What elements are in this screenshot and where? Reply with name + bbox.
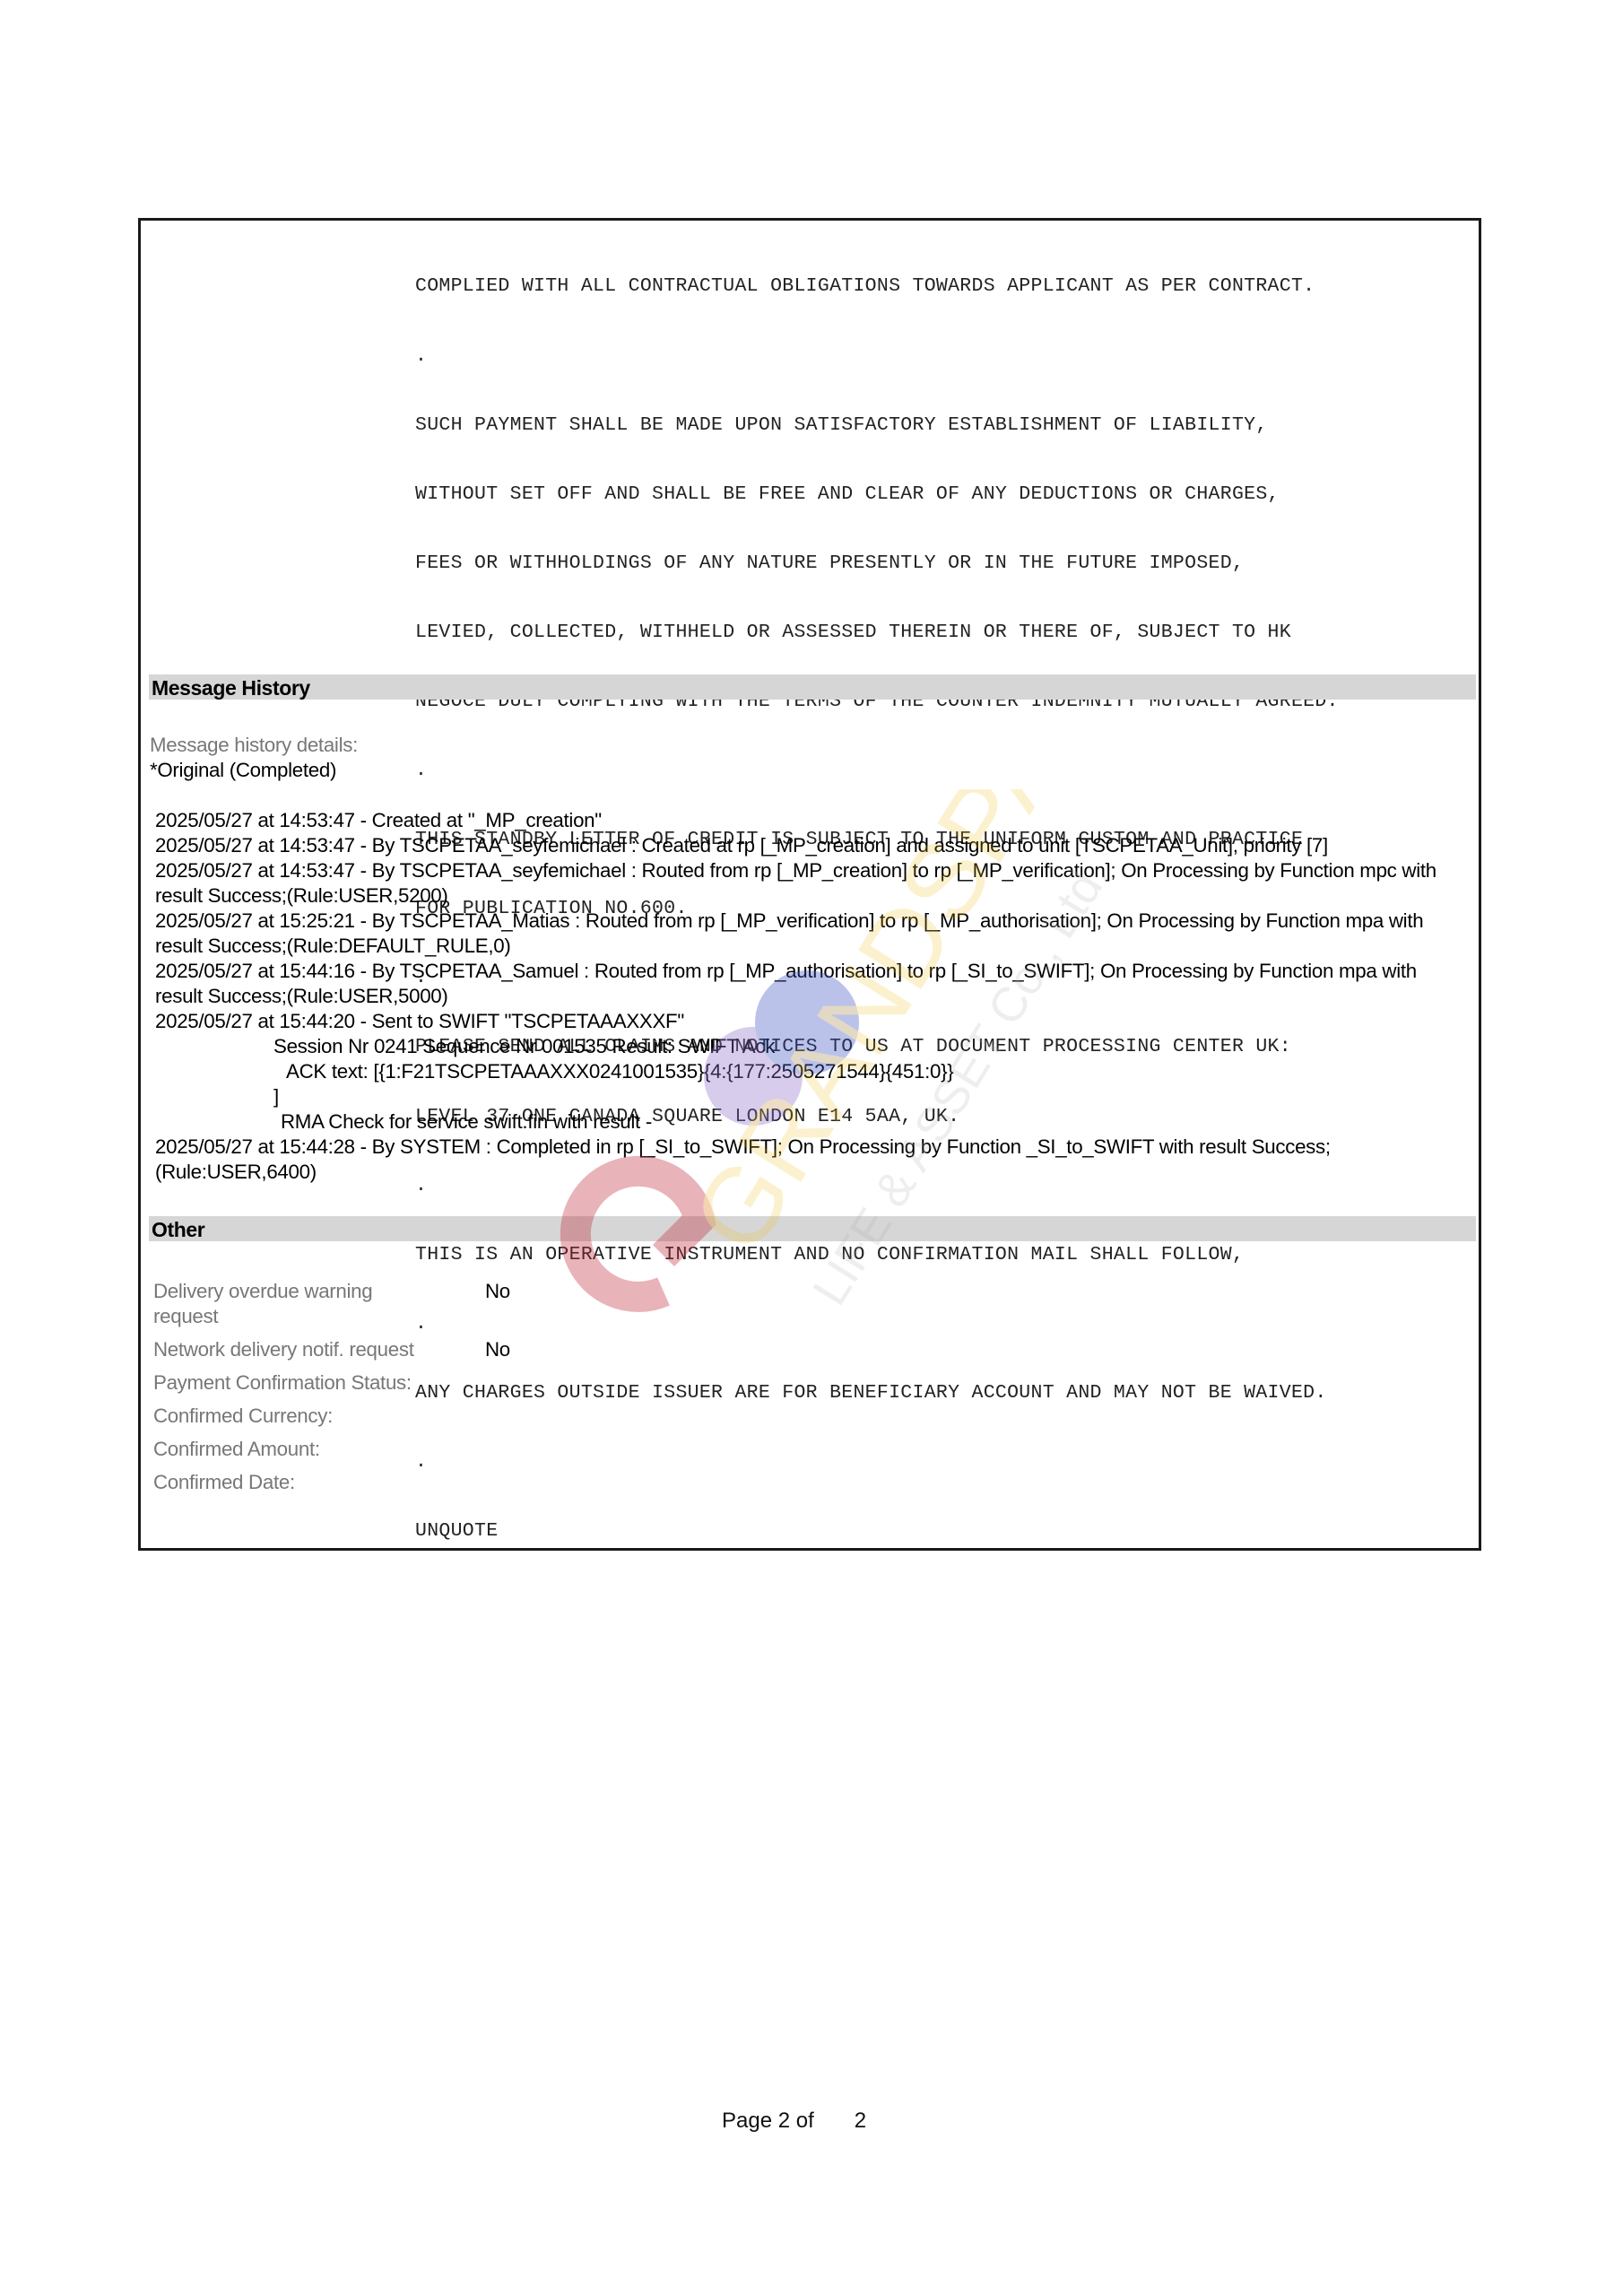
confirmed-amount-label: Confirmed Amount: (153, 1437, 485, 1462)
lc-text-line: UNQUOTE (415, 1520, 1473, 1544)
lc-text-line: LEVIED, COLLECTED, WITHHELD OR ASSESSED … (415, 622, 1473, 645)
lc-text-line: SUCH PAYMENT SHALL BE MADE UPON SATISFAC… (415, 414, 1473, 438)
history-entry: 2025/05/27 at 14:53:47 - Created at "_MP… (150, 808, 1468, 833)
history-entry: 2025/05/27 at 15:25:21 - By TSCPETAA_Mat… (150, 909, 1468, 959)
confirmed-date-label: Confirmed Date: (153, 1470, 485, 1495)
delivery-overdue-label: Delivery overdue warning request (153, 1279, 485, 1329)
other-row-network-delivery: Network delivery notif. request No (153, 1337, 510, 1362)
other-details: Delivery overdue warning request No Netw… (153, 1279, 510, 1503)
other-row-confirmed-currency: Confirmed Currency: (153, 1404, 510, 1429)
other-row-confirmed-date: Confirmed Date: (153, 1470, 510, 1495)
confirmed-currency-label: Confirmed Currency: (153, 1404, 485, 1429)
other-row-payment-confirmation: Payment Confirmation Status: (153, 1370, 510, 1396)
lc-text-line: . (415, 1451, 1473, 1474)
other-row-confirmed-amount: Confirmed Amount: (153, 1437, 510, 1462)
lc-text-line: FEES OR WITHHOLDINGS OF ANY NATURE PRESE… (415, 552, 1473, 576)
swift-ack-text: ACK text: [{1:F21TSCPETAAAXXX0241001535}… (150, 1059, 1468, 1084)
history-entry: 2025/05/27 at 14:53:47 - By TSCPETAA_sey… (150, 858, 1468, 909)
history-entry-final: 2025/05/27 at 15:44:28 - By SYSTEM : Com… (150, 1135, 1468, 1185)
history-entry: 2025/05/27 at 15:44:16 - By TSCPETAA_Sam… (150, 959, 1468, 1009)
lc-text-line: COMPLIED WITH ALL CONTRACTUAL OBLIGATION… (415, 275, 1473, 299)
delivery-overdue-value: No (485, 1279, 510, 1329)
page-footer: Page 2 of2 (722, 2109, 866, 2134)
lc-text-line: . (415, 1313, 1473, 1336)
message-history-header: Message History (149, 674, 1476, 700)
lc-text-line: WITHOUT SET OFF AND SHALL BE FREE AND CL… (415, 483, 1473, 507)
lc-text-line: . (415, 345, 1473, 369)
other-title: Other (152, 1218, 204, 1242)
swift-session-info: Session Nr 0241 Sequence Nr 001535 Resul… (150, 1034, 1468, 1059)
lc-text-line: ANY CHARGES OUTSIDE ISSUER ARE FOR BENEF… (415, 1382, 1473, 1405)
other-row-delivery-overdue: Delivery overdue warning request No (153, 1279, 510, 1329)
swift-ack-close: ] (150, 1084, 1468, 1109)
history-entry: 2025/05/27 at 15:44:20 - Sent to SWIFT "… (150, 1009, 1468, 1034)
history-details-label: Message history details: (150, 733, 1468, 758)
payment-confirmation-label: Payment Confirmation Status: (153, 1370, 485, 1396)
message-frame: COMPLIED WITH ALL CONTRACTUAL OBLIGATION… (138, 218, 1481, 1551)
lc-text-line: THIS IS AN OPERATIVE INSTRUMENT AND NO C… (415, 1244, 1473, 1267)
rma-check: RMA Check for service swift.fin with res… (150, 1109, 1468, 1135)
history-entry: 2025/05/27 at 14:53:47 - By TSCPETAA_sey… (150, 833, 1468, 858)
page-total: 2 (855, 2109, 866, 2133)
network-delivery-label: Network delivery notif. request (153, 1337, 485, 1362)
message-history-title: Message History (152, 676, 310, 700)
page-label: Page 2 of (722, 2109, 814, 2133)
other-header: Other (149, 1216, 1476, 1241)
network-delivery-value: No (485, 1337, 510, 1362)
message-history-list: Message history details: *Original (Comp… (150, 733, 1468, 1185)
history-original-status: *Original (Completed) (150, 758, 1468, 783)
